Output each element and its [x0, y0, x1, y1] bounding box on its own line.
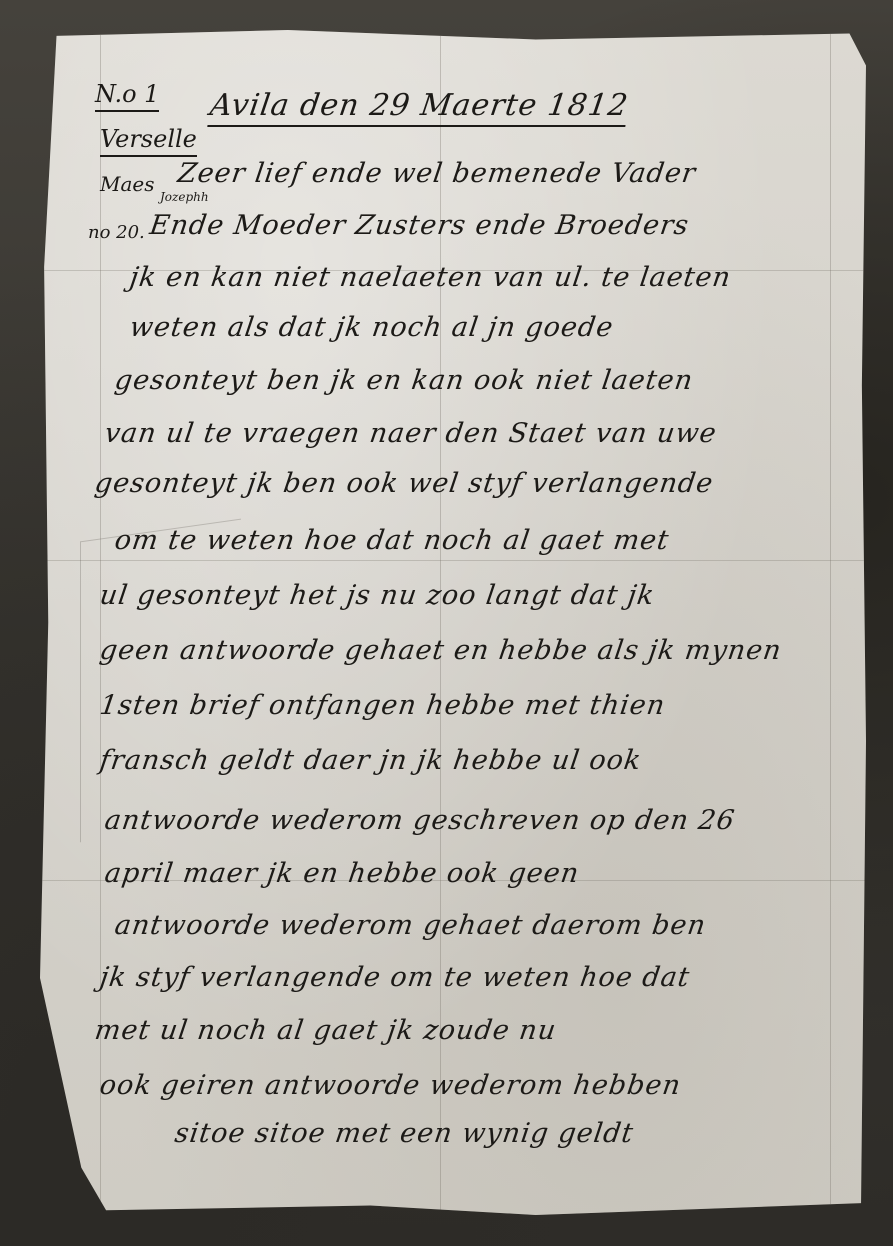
letter-line: om te weten hoe dat noch al gaet met: [113, 525, 671, 556]
letter-number: N.o 1: [95, 80, 159, 112]
letter-line: gesonteyt jk ben ook wel styf verlangend…: [93, 468, 716, 499]
letter-line: geen antwoorde gehaet en hebbe als jk my…: [98, 635, 784, 666]
letter-line: antwoorde wederom geschreven op den 26: [103, 805, 737, 836]
place-date: Avila den 29 Maerte 1812: [207, 88, 630, 127]
letter-line: sitoe sitoe met een wynig geldt: [173, 1118, 636, 1149]
letter-line: van ul te vraegen naer den Staet van uwe: [103, 418, 719, 449]
inserted-word: Jozephh: [160, 190, 209, 204]
paper-tear: [80, 519, 241, 843]
margin-note-top: Verselle: [100, 125, 197, 157]
letter-line: antwoorde wederom gehaet daerom ben: [113, 910, 708, 941]
letter-line: april maer jk en hebbe ook geen: [103, 858, 582, 889]
letter-line: jk styf verlangende om te weten hoe dat: [98, 962, 692, 993]
fold-crease: [830, 30, 831, 1215]
letter-line: Zeer lief ende wel bemenede Vader: [176, 158, 698, 189]
letter-line: weten als dat jk noch al jn goede: [128, 312, 616, 343]
letter-line: jk en kan niet naelaeten van ul. te laet…: [128, 262, 733, 293]
letter-line: Ende Moeder Zusters ende Broeders: [148, 210, 691, 241]
letter-line: gesonteyt ben jk en kan ook niet laeten: [113, 365, 695, 396]
letter-line: ook geiren antwoorde wederom hebben: [98, 1070, 683, 1101]
letter-line: fransch geldt daer jn jk hebbe ul ook: [98, 745, 644, 776]
letter-line: met ul noch al gaet jk zoude nu: [93, 1015, 559, 1046]
margin-note-number: no 20.: [88, 222, 145, 243]
letter-line: 1sten brief ontfangen hebbe met thien: [98, 690, 668, 721]
margin-note-addressee: Maes: [100, 172, 155, 196]
letter-line: ul gesonteyt het js nu zoo langt dat jk: [98, 580, 657, 611]
